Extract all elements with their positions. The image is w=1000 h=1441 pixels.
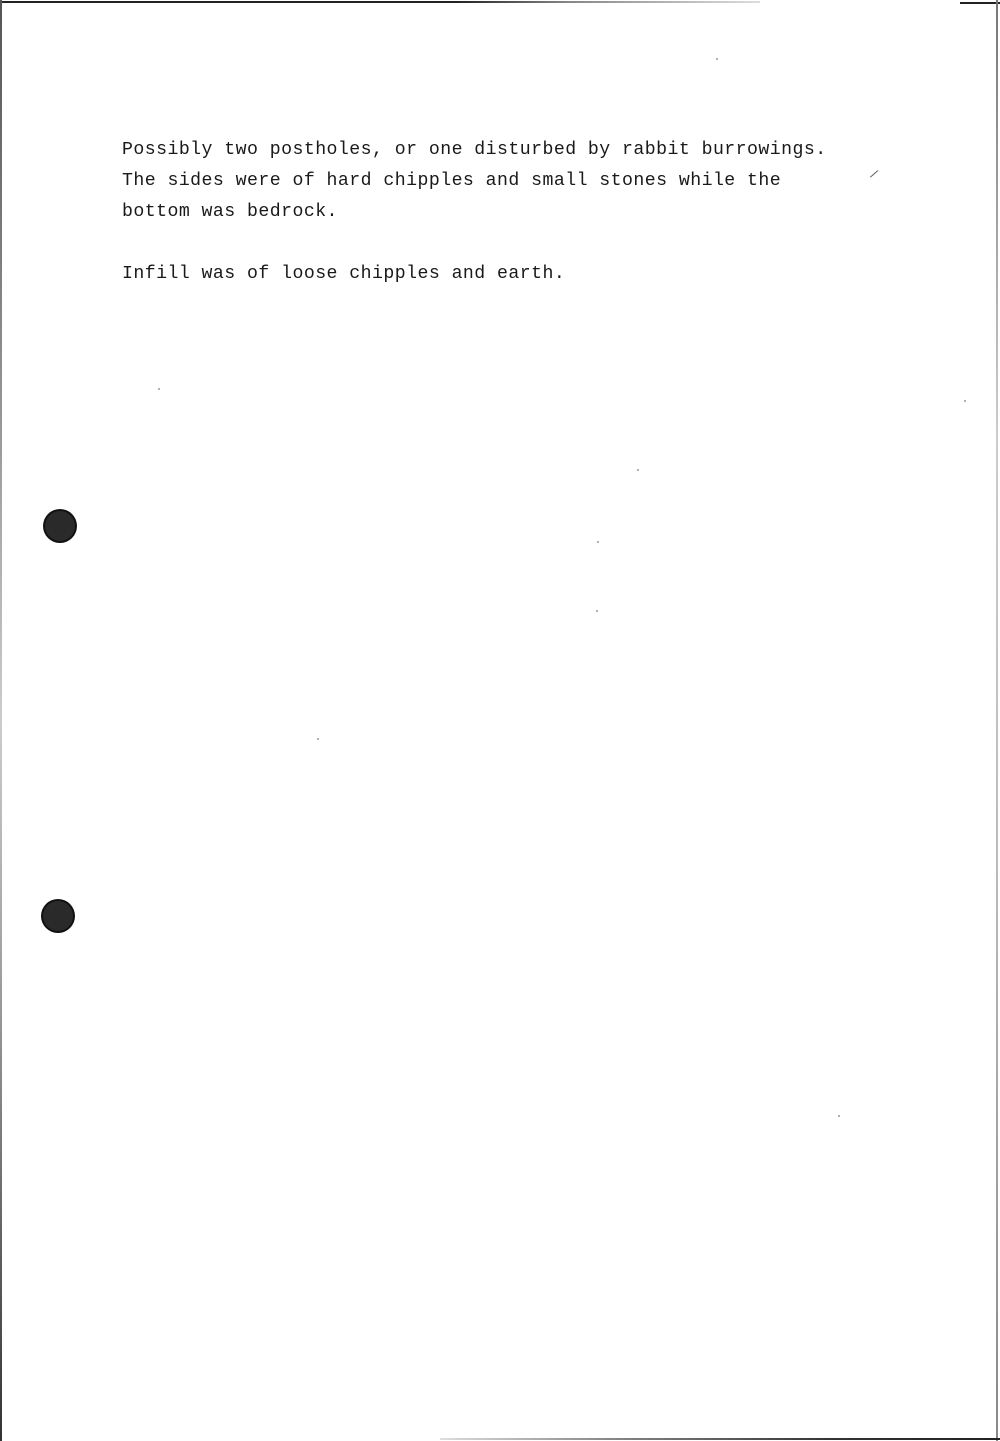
text-line: Infill was of loose chipples and earth.: [122, 259, 922, 290]
page-edge-bottom: [440, 1438, 1000, 1440]
page-edge-left: [0, 0, 2, 1441]
punch-hole-icon: [43, 901, 73, 931]
text-line: bottom was bedrock.: [122, 197, 922, 228]
page-edge-top: [0, 1, 760, 3]
paragraph-infill: Infill was of loose chipples and earth.: [122, 259, 922, 290]
scan-speck: [158, 388, 160, 390]
text-line: The sides were of hard chipples and smal…: [122, 166, 922, 197]
scan-speck: [597, 541, 599, 543]
scan-speck: [637, 469, 639, 471]
page-edge-top-right: [960, 2, 1000, 4]
scanned-page: Possibly two postholes, or one disturbed…: [0, 0, 1000, 1441]
punch-hole-icon: [45, 511, 75, 541]
scan-speck: [317, 738, 319, 740]
scan-speck: [964, 400, 966, 402]
scan-speck: [838, 1115, 840, 1117]
scan-speck: [716, 58, 718, 60]
paragraph-description: Possibly two postholes, or one disturbed…: [122, 135, 922, 228]
page-edge-right: [996, 0, 998, 1441]
scan-speck: [596, 610, 598, 612]
text-line: Possibly two postholes, or one disturbed…: [122, 135, 922, 166]
typed-text-body: Possibly two postholes, or one disturbed…: [122, 135, 922, 290]
